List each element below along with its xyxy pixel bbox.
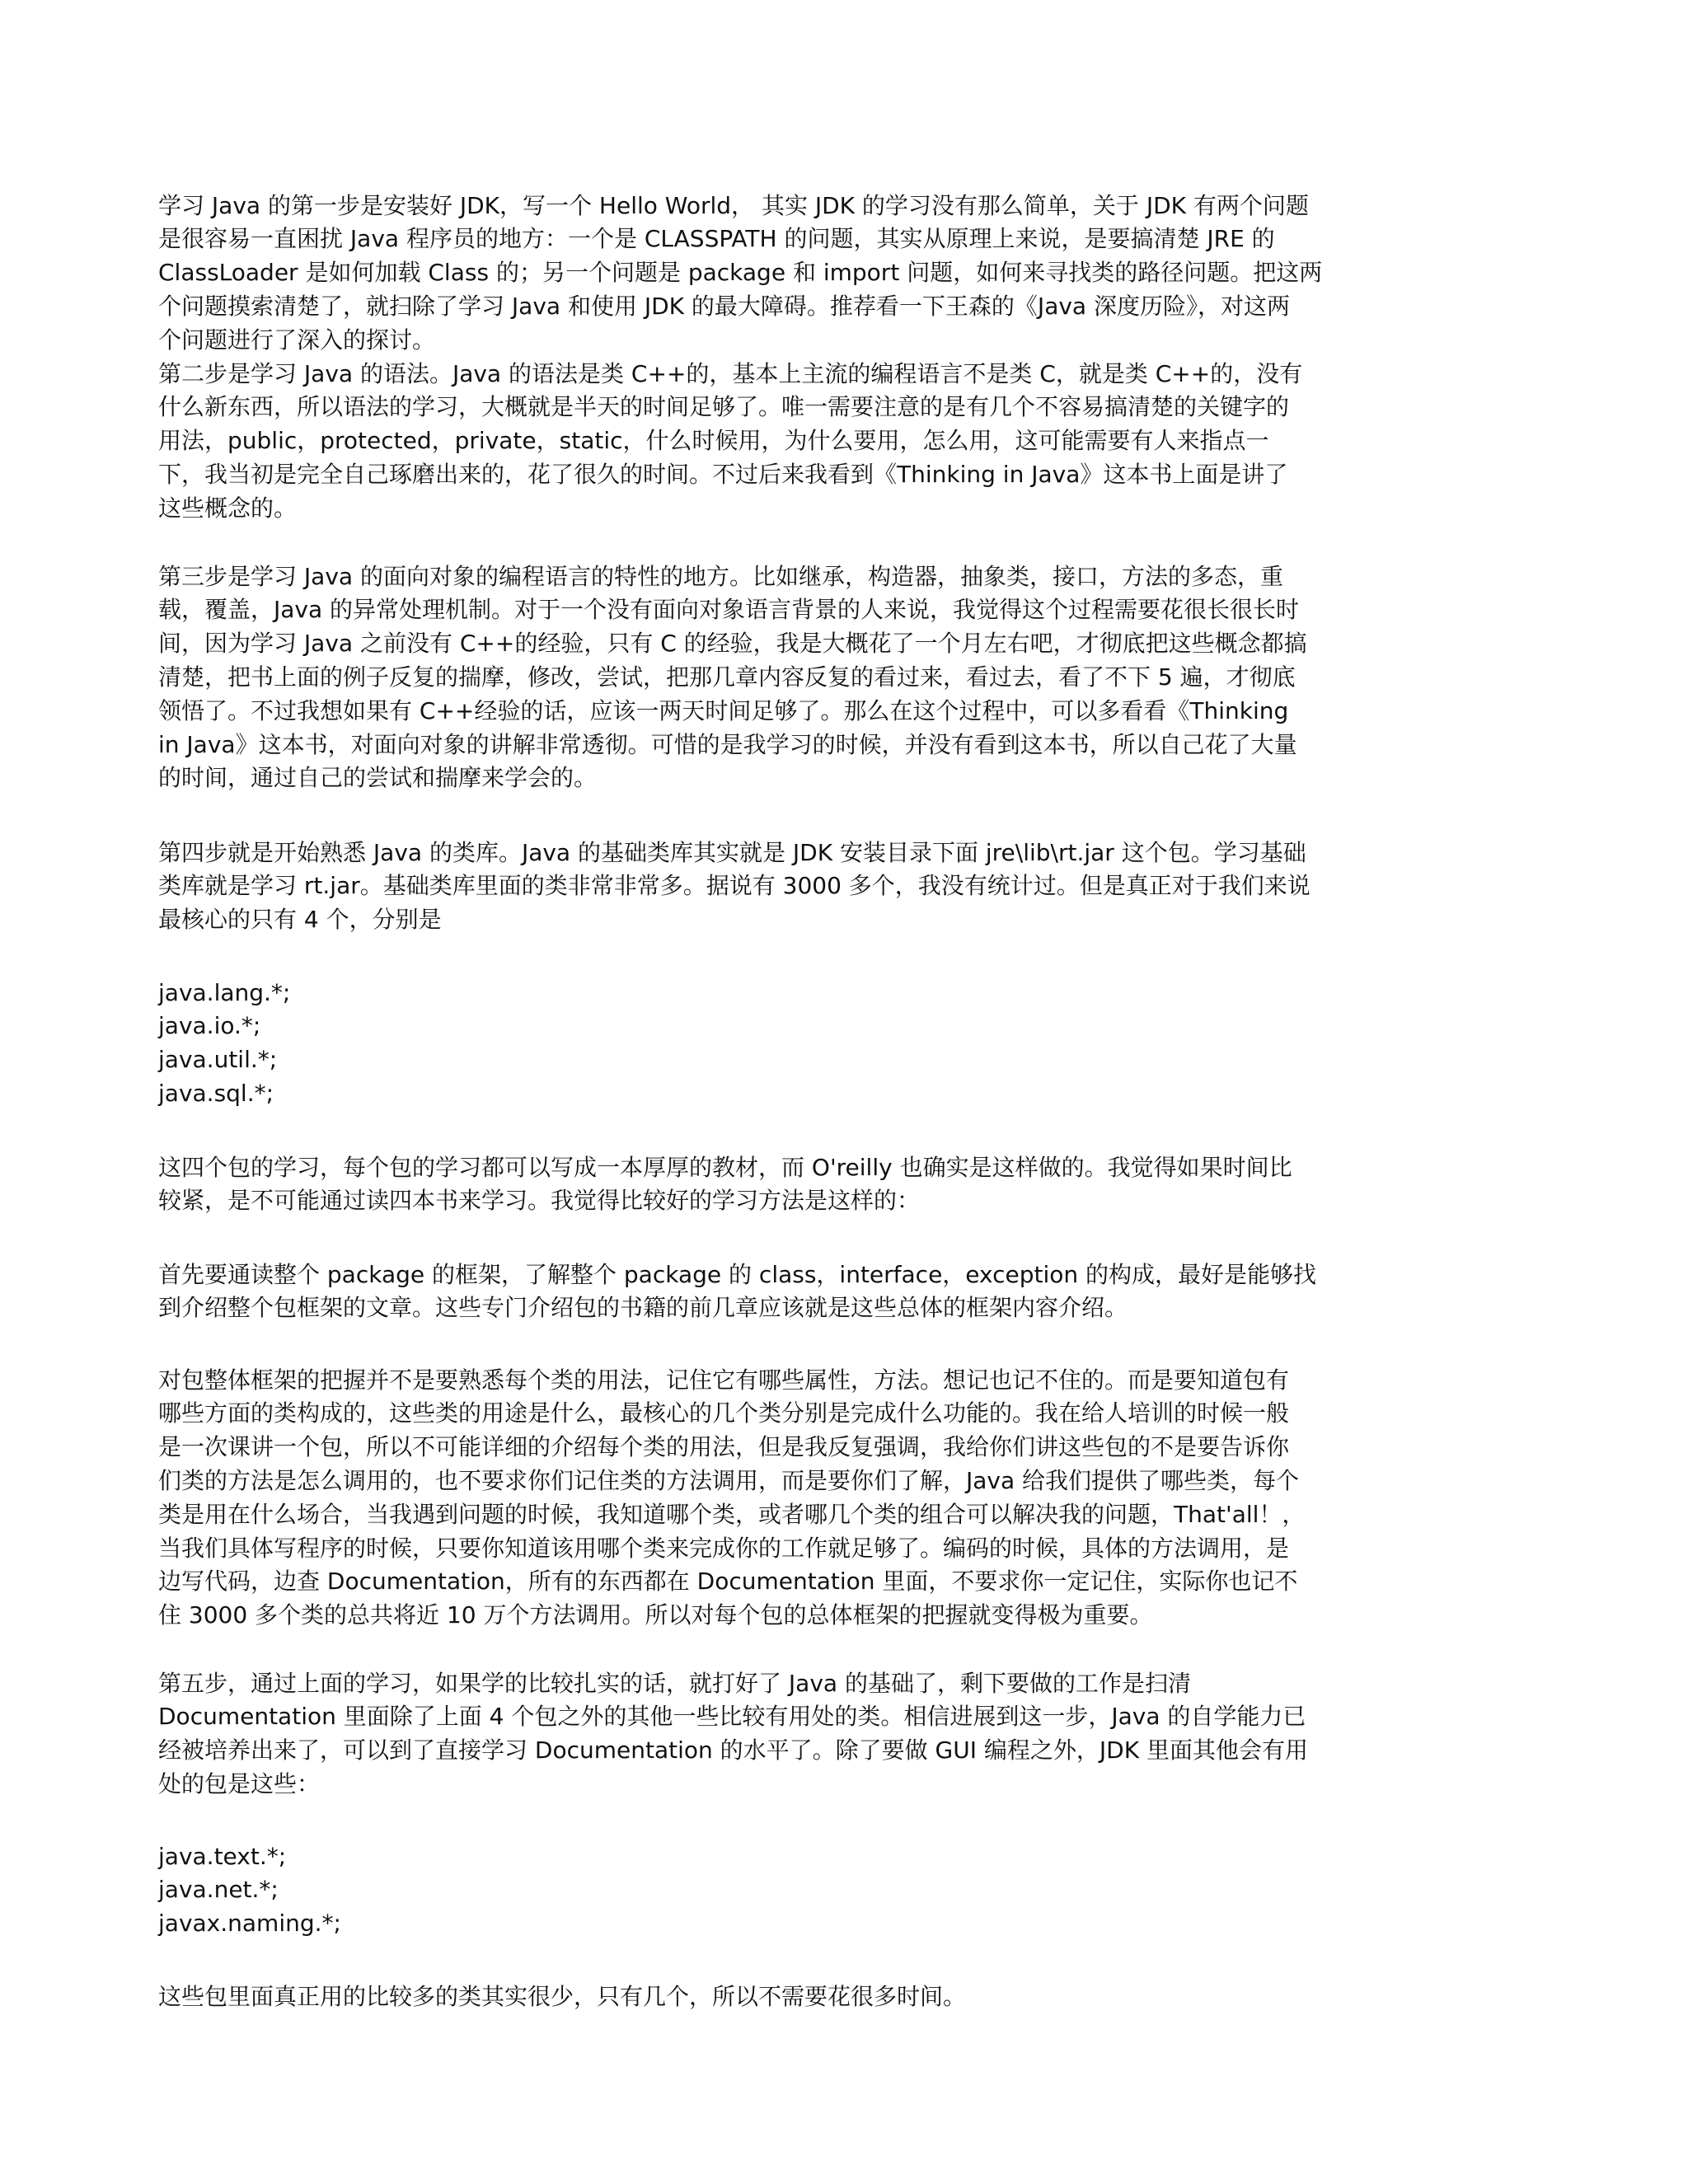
text-line: 是很容易一直困扰 Java 程序员的地方：一个是 CLASSPATH 的问题，其… [158, 223, 1543, 256]
text-line: ClassLoader 是如何加载 Class 的；另一个问题是 package… [158, 256, 1543, 290]
text-line: 对包整体框架的把握并不是要熟悉每个类的用法，记住它有哪些属性，方法。想记也记不住… [158, 1364, 1543, 1398]
paragraph-read-framework: 首先要通读整个 package 的框架，了解整个 package 的 class… [158, 1258, 1543, 1326]
text-line: 最核心的只有 4 个，分别是 [158, 903, 1543, 937]
text-line: 下，我当初是完全自己琢磨出来的，花了很久的时间。不过后来我看到《Thinking… [158, 458, 1543, 492]
paragraph-closing: 这些包里面真正用的比较多的类其实很少，只有几个，所以不需要花很多时间。 [158, 1980, 1543, 2014]
code-line: java.text.*; [158, 1840, 1543, 1874]
text-line: 第五步，通过上面的学习，如果学的比较扎实的话，就打好了 Java 的基础了，剩下… [158, 1667, 1543, 1701]
paragraph-step4: 第四步就是开始熟悉 Java 的类库。Java 的基础类库其实就是 JDK 安装… [158, 837, 1543, 937]
text-line: 什么新东西，所以语法的学习，大概就是半天的时间足够了。唯一需要注意的是有几个不容… [158, 391, 1543, 424]
text-line: 这些包里面真正用的比较多的类其实很少，只有几个，所以不需要花很多时间。 [158, 1980, 1543, 2014]
text-line: 住 3000 多个类的总共将近 10 万个方法调用。所以对每个包的总体框架的把握… [158, 1599, 1543, 1633]
paragraph-step3: 第三步是学习 Java 的面向对象的编程语言的特性的地方。比如继承，构造器，抽象… [158, 560, 1543, 796]
text-line: 个问题进行了深入的探讨。 [158, 324, 1543, 358]
paragraph-step5: 第五步，通过上面的学习，如果学的比较扎实的话，就打好了 Java 的基础了，剩下… [158, 1667, 1543, 1802]
text-line: 这四个包的学习，每个包的学习都可以写成一本厚厚的教材，而 O'reilly 也确… [158, 1151, 1543, 1185]
text-line: 学习 Java 的第一步是安装好 JDK，写一个 Hello World， 其实… [158, 190, 1543, 223]
text-line: 哪些方面的类构成的，这些类的用途是什么，最核心的几个类分别是完成什么功能的。我在… [158, 1397, 1543, 1431]
text-line: 载，覆盖，Java 的异常处理机制。对于一个没有面向对象语言背景的人来说，我觉得… [158, 593, 1543, 627]
code-list-other-packages: java.text.*; java.net.*; javax.naming.*; [158, 1840, 1543, 1941]
code-line: java.util.*; [158, 1043, 1543, 1077]
code-list-core-packages: java.lang.*; java.io.*; java.util.*; jav… [158, 977, 1543, 1111]
text-line: 这些概念的。 [158, 492, 1543, 526]
paragraph-step2: 第二步是学习 Java 的语法。Java 的语法是类 C++的，基本上主流的编程… [158, 358, 1543, 526]
code-line: java.io.*; [158, 1010, 1543, 1043]
text-line: in Java》这本书，对面向对象的讲解非常透彻。可惜的是我学习的时候，并没有看… [158, 729, 1543, 762]
text-line: 们类的方法是怎么调用的，也不要求你们记住类的方法调用，而是要你们了解，Java … [158, 1465, 1543, 1498]
text-line: Documentation 里面除了上面 4 个包之外的其他一些比较有用处的类。… [158, 1700, 1543, 1734]
text-line: 清楚，把书上面的例子反复的揣摩，修改，尝试，把那几章内容反复的看过来，看过去，看… [158, 661, 1543, 695]
text-line: 用法，public，protected，private，static，什么时候用… [158, 424, 1543, 458]
text-line: 间，因为学习 Java 之前没有 C++的经验，只有 C 的经验，我是大概花了一… [158, 627, 1543, 661]
text-line: 个问题摸索清楚了，就扫除了学习 Java 和使用 JDK 的最大障碍。推荐看一下… [158, 290, 1543, 324]
code-line: java.net.*; [158, 1873, 1543, 1907]
paragraph-step1: 学习 Java 的第一步是安装好 JDK，写一个 Hello World， 其实… [158, 190, 1543, 358]
text-line: 领悟了。不过我想如果有 C++经验的话，应该一两天时间足够了。那么在这个过程中，… [158, 695, 1543, 729]
text-line: 第二步是学习 Java 的语法。Java 的语法是类 C++的，基本上主流的编程… [158, 358, 1543, 391]
document-page: 学习 Java 的第一步是安装好 JDK，写一个 Hello World， 其实… [0, 0, 1688, 2184]
paragraph-framework-grasp: 对包整体框架的把握并不是要熟悉每个类的用法，记住它有哪些属性，方法。想记也记不住… [158, 1364, 1543, 1633]
code-line: java.lang.*; [158, 977, 1543, 1010]
text-line: 首先要通读整个 package 的框架，了解整个 package 的 class… [158, 1258, 1543, 1292]
text-line: 边写代码，边查 Documentation，所有的东西都在 Documentat… [158, 1565, 1543, 1599]
paragraph-four-packages: 这四个包的学习，每个包的学习都可以写成一本厚厚的教材，而 O'reilly 也确… [158, 1151, 1543, 1219]
text-line: 是一次课讲一个包，所以不可能详细的介绍每个类的用法，但是我反复强调，我给你们讲这… [158, 1431, 1543, 1465]
text-line: 第三步是学习 Java 的面向对象的编程语言的特性的地方。比如继承，构造器，抽象… [158, 560, 1543, 594]
text-line: 处的包是这些： [158, 1768, 1543, 1802]
text-line: 到介绍整个包框架的文章。这些专门介绍包的书籍的前几章应该就是这些总体的框架内容介… [158, 1291, 1543, 1325]
text-line: 第四步就是开始熟悉 Java 的类库。Java 的基础类库其实就是 JDK 安装… [158, 837, 1543, 870]
text-line: 类是用在什么场合，当我遇到问题的时候，我知道哪个类，或者哪几个类的组合可以解决我… [158, 1498, 1543, 1532]
code-line: javax.naming.*; [158, 1907, 1543, 1941]
text-line: 较紧，是不可能通过读四本书来学习。我觉得比较好的学习方法是这样的： [158, 1184, 1543, 1218]
text-line: 当我们具体写程序的时候，只要你知道该用哪个类来完成你的工作就足够了。编码的时候，… [158, 1532, 1543, 1566]
text-line: 经被培养出来了，可以到了直接学习 Documentation 的水平了。除了要做… [158, 1734, 1543, 1768]
text-line: 的时间，通过自己的尝试和揣摩来学会的。 [158, 762, 1543, 795]
code-line: java.sql.*; [158, 1077, 1543, 1111]
text-line: 类库就是学习 rt.jar。基础类库里面的类非常非常多。据说有 3000 多个，… [158, 869, 1543, 903]
